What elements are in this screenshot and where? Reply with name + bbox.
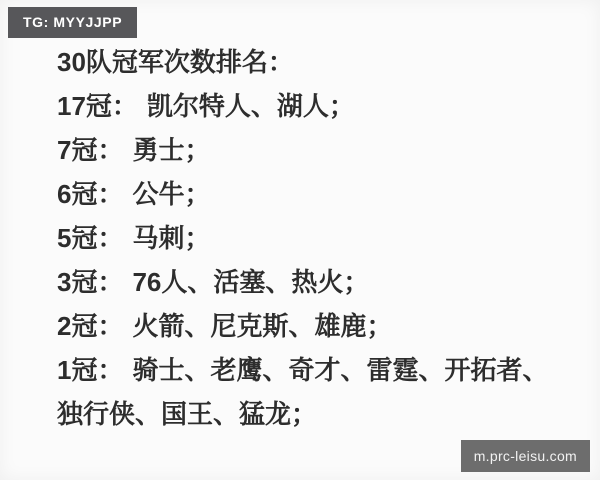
telegram-watermark-badge: TG: MYYJJPP [8,7,137,38]
team-names: 骑士、老鹰、奇才、雷霆、开拓者、 [132,355,548,385]
championship-count: 2冠： [57,311,123,341]
championship-count: 1冠： [57,355,123,385]
ranking-row-1: 1冠：骑士、老鹰、奇才、雷霆、开拓者、 [57,348,577,392]
ranking-row-5: 5冠：马刺； [57,216,577,260]
team-names: 马刺； [132,223,210,253]
championship-count: 6冠： [57,179,123,209]
championship-count: 3冠： [57,267,123,297]
ranking-row-2: 2冠：火箭、尼克斯、雄鹿； [57,304,577,348]
ranking-row-17: 17冠：凯尔特人、湖人； [57,84,577,128]
ranking-row-1-continuation: 独行侠、国王、猛龙； [57,392,577,436]
image-post: TG: MYYJJPP 30队冠军次数排名： 17冠：凯尔特人、湖人； 7冠：勇… [0,0,600,480]
championship-ranking-list: 30队冠军次数排名： 17冠：凯尔特人、湖人； 7冠：勇士； 6冠：公牛； 5冠… [57,40,577,436]
team-names: 公牛； [132,179,210,209]
team-names: 勇士； [132,135,210,165]
championship-count: 5冠： [57,223,123,253]
site-watermark-badge: m.prc-leisu.com [461,440,590,472]
team-names: 凯尔特人、湖人； [147,91,355,121]
team-names: 独行侠、国王、猛龙； [57,399,317,429]
team-names: 火箭、尼克斯、雄鹿； [132,311,392,341]
championship-count: 7冠： [57,135,123,165]
ranking-row-3: 3冠：76人、活塞、热火； [57,260,577,304]
team-names: 76人、活塞、热火； [132,267,369,297]
ranking-row-6: 6冠：公牛； [57,172,577,216]
ranking-row-7: 7冠：勇士； [57,128,577,172]
championship-count: 17冠： [57,91,138,121]
page-title: 30队冠军次数排名： [57,40,577,84]
